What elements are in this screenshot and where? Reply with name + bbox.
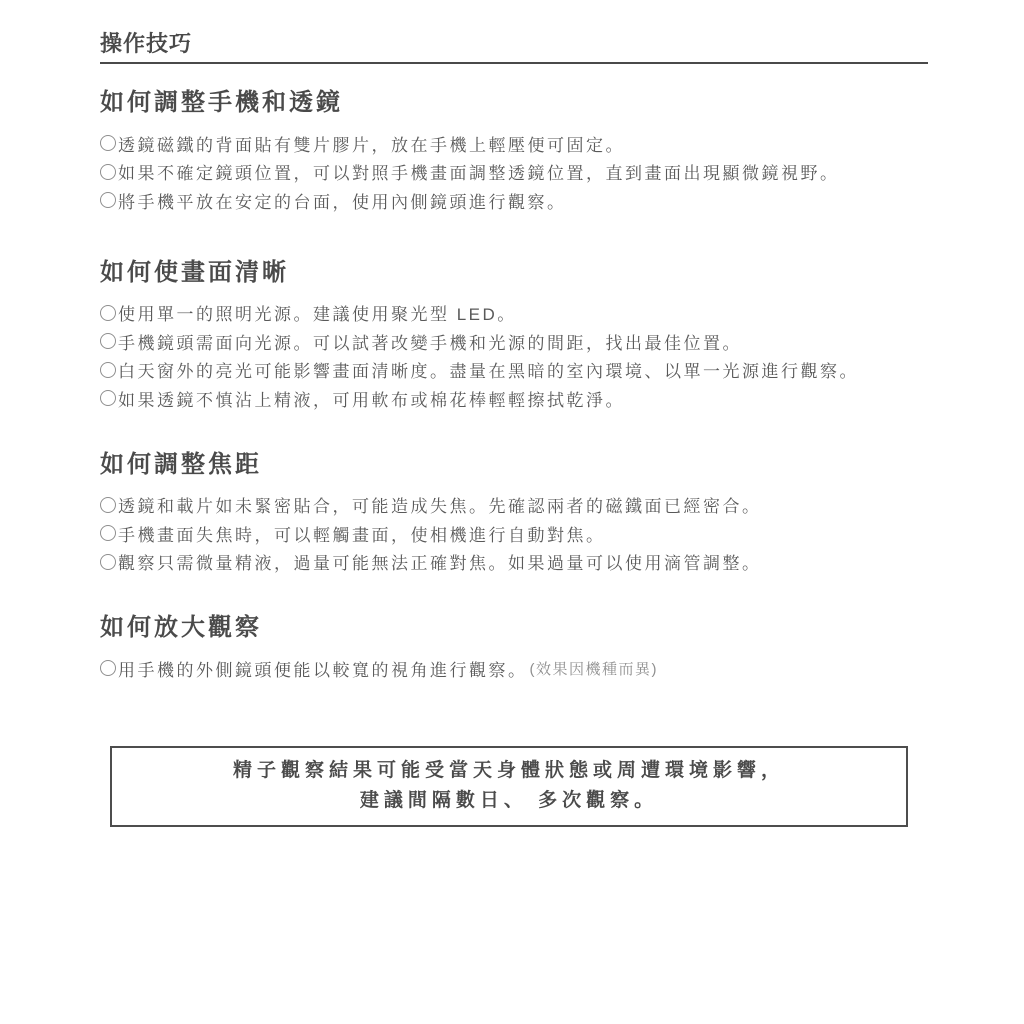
tip-text: 手機畫面失焦時，可以輕觸畫面，使相機進行自動對焦。 xyxy=(118,521,606,546)
circle-bullet-icon xyxy=(100,333,116,349)
notice-line-1: 精子觀察結果可能受當天身體狀態或周遭環境影響， xyxy=(233,756,785,786)
notice-box: 精子觀察結果可能受當天身體狀態或周遭環境影響， 建議間隔數日、 多次觀察。 xyxy=(110,746,908,827)
page-content: 操作技巧 如何調整手機和透鏡 透鏡磁鐵的背面貼有雙片膠片，放在手機上輕壓便可固定… xyxy=(0,0,1024,827)
circle-bullet-icon xyxy=(100,554,116,570)
tip-list: 用手機的外側鏡頭便能以較寬的視角進行觀察。 (效果因機種而異) xyxy=(100,654,928,683)
circle-bullet-icon xyxy=(100,390,116,406)
tip-list: 透鏡和載片如未緊密貼合，可能造成失焦。先確認兩者的磁鐵面已經密合。 手機畫面失焦… xyxy=(100,491,928,577)
tip-text: 用手機的外側鏡頭便能以較寬的視角進行觀察。 xyxy=(118,656,528,681)
circle-bullet-icon xyxy=(100,525,116,541)
section-heading: 如何放大觀察 xyxy=(100,616,928,640)
tip-list: 使用單一的照明光源。建議使用聚光型 LED。 手機鏡頭需面向光源。可以試著改變手… xyxy=(100,299,928,413)
tip-text: 透鏡和載片如未緊密貼合，可能造成失焦。先確認兩者的磁鐵面已經密合。 xyxy=(118,492,762,517)
tip-list: 透鏡磁鐵的背面貼有雙片膠片，放在手機上輕壓便可固定。 如果不確定鏡頭位置，可以對… xyxy=(100,129,928,215)
tip-item: 使用單一的照明光源。建議使用聚光型 LED。 xyxy=(100,299,928,328)
tip-text: 如果透鏡不慎沾上精液，可用軟布或棉花棒輕輕擦拭乾淨。 xyxy=(118,386,625,411)
tip-item: 用手機的外側鏡頭便能以較寬的視角進行觀察。 (效果因機種而異) xyxy=(100,654,928,683)
circle-bullet-icon xyxy=(100,660,116,676)
circle-bullet-icon xyxy=(100,497,116,513)
circle-bullet-icon xyxy=(100,362,116,378)
section-clear-image: 如何使畫面清晰 使用單一的照明光源。建議使用聚光型 LED。 手機鏡頭需面向光源… xyxy=(100,261,928,413)
tip-note: (效果因機種而異) xyxy=(530,658,659,679)
tip-item: 透鏡磁鐵的背面貼有雙片膠片，放在手機上輕壓便可固定。 xyxy=(100,129,928,158)
section-adjust-focus: 如何調整焦距 透鏡和載片如未緊密貼合，可能造成失焦。先確認兩者的磁鐵面已經密合。… xyxy=(100,453,928,577)
page-title: 操作技巧 xyxy=(100,33,928,55)
circle-bullet-icon xyxy=(100,305,116,321)
tip-text: 使用單一的照明光源。建議使用聚光型 LED。 xyxy=(118,300,517,325)
section-heading: 如何調整手機和透鏡 xyxy=(100,91,928,115)
tip-item: 觀察只需微量精液，過量可能無法正確對焦。如果過量可以使用滴管調整。 xyxy=(100,548,928,577)
tip-text: 觀察只需微量精液，過量可能無法正確對焦。如果過量可以使用滴管調整。 xyxy=(118,549,762,574)
tip-item: 手機畫面失焦時，可以輕觸畫面，使相機進行自動對焦。 xyxy=(100,519,928,548)
tip-text: 透鏡磁鐵的背面貼有雙片膠片，放在手機上輕壓便可固定。 xyxy=(118,131,625,156)
title-divider xyxy=(100,62,928,64)
circle-bullet-icon xyxy=(100,135,116,151)
section-adjust-phone-lens: 如何調整手機和透鏡 透鏡磁鐵的背面貼有雙片膠片，放在手機上輕壓便可固定。 如果不… xyxy=(100,91,928,215)
tip-text: 手機鏡頭需面向光源。可以試著改變手機和光源的間距，找出最佳位置。 xyxy=(118,329,742,354)
tip-item: 將手機平放在安定的台面，使用內側鏡頭進行觀察。 xyxy=(100,186,928,215)
manual-page: 操作技巧 如何調整手機和透鏡 透鏡磁鐵的背面貼有雙片膠片，放在手機上輕壓便可固定… xyxy=(0,0,1024,1024)
section-magnified-view: 如何放大觀察 用手機的外側鏡頭便能以較寬的視角進行觀察。 (效果因機種而異) xyxy=(100,616,928,683)
tip-item: 白天窗外的亮光可能影響畫面清晰度。盡量在黑暗的室內環境、以單一光源進行觀察。 xyxy=(100,356,928,385)
tip-text: 白天窗外的亮光可能影響畫面清晰度。盡量在黑暗的室內環境、以單一光源進行觀察。 xyxy=(118,357,859,382)
tip-text: 如果不確定鏡頭位置，可以對照手機畫面調整透鏡位置，直到畫面出現顯微鏡視野。 xyxy=(118,159,840,184)
tip-item: 如果不確定鏡頭位置，可以對照手機畫面調整透鏡位置，直到畫面出現顯微鏡視野。 xyxy=(100,158,928,187)
circle-bullet-icon xyxy=(100,192,116,208)
tip-item: 如果透鏡不慎沾上精液，可用軟布或棉花棒輕輕擦拭乾淨。 xyxy=(100,384,928,413)
section-heading: 如何使畫面清晰 xyxy=(100,261,928,285)
tip-item: 手機鏡頭需面向光源。可以試著改變手機和光源的間距，找出最佳位置。 xyxy=(100,327,928,356)
notice-line-2: 建議間隔數日、 多次觀察。 xyxy=(360,786,658,816)
tip-item: 透鏡和載片如未緊密貼合，可能造成失焦。先確認兩者的磁鐵面已經密合。 xyxy=(100,491,928,520)
tip-text: 將手機平放在安定的台面，使用內側鏡頭進行觀察。 xyxy=(118,188,567,213)
circle-bullet-icon xyxy=(100,164,116,180)
section-heading: 如何調整焦距 xyxy=(100,453,928,477)
